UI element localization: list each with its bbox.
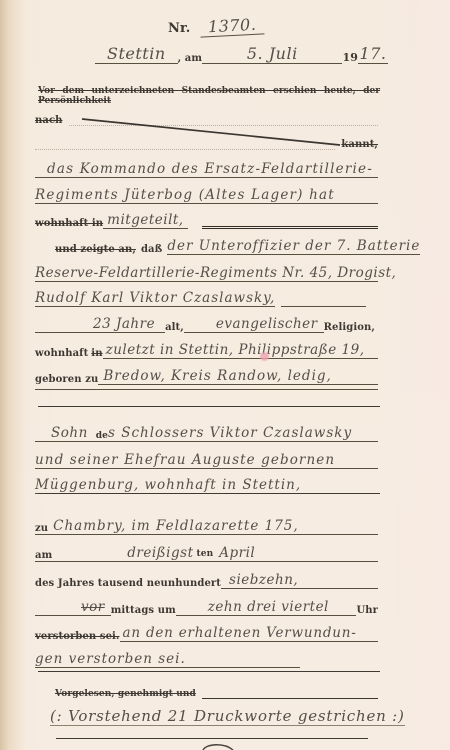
mitgeteilt-line: wohnhaft in mitgeteilt,	[35, 205, 378, 229]
dass-label: daß	[141, 244, 162, 255]
clerk-note-line: (: Vorstehend 21 Druckworte gestrichen :…	[50, 700, 405, 726]
number-label: Nr.	[168, 21, 190, 36]
mitgeteilt-handwritten: mitgeteilt,	[103, 212, 187, 229]
empty-ruled-line	[35, 381, 378, 390]
trailing-line	[190, 665, 300, 668]
alt-label: alt,	[165, 322, 184, 333]
death-time-handwritten: zehn drei viertel	[202, 599, 357, 616]
trailing-line	[281, 304, 366, 307]
de-label: de	[96, 431, 108, 441]
religion-handwritten: evangelischer	[210, 316, 324, 333]
deceased-name-line: Rudolf Karl Viktor Czaslawsky,	[35, 283, 378, 307]
vor-handwritten: vor	[75, 599, 111, 616]
pink-stain	[260, 352, 269, 361]
place-handwritten: Stettin	[95, 44, 178, 64]
parents-line-2: und seiner Ehefrau Auguste gebornen	[35, 443, 378, 469]
zu-label: zu	[35, 523, 48, 534]
notifier-text-2: Regiments Jüterbog (Altes Lager) hat	[35, 187, 335, 203]
struck-verstorben-sei: verstorben sei.	[35, 631, 120, 642]
residence-handwritten: zuletzt in Stettin, Philippstraße 19,	[103, 342, 368, 359]
parents-text-2: und seiner Ehefrau Auguste gebornen	[35, 452, 335, 468]
death-month-handwritten: April	[219, 545, 255, 561]
age-handwritten: 23 Jahre	[83, 316, 165, 333]
year-printed-text: des Jahres tausend neunhundert	[35, 578, 221, 589]
struck-kannt: kannt,	[341, 139, 378, 150]
unit-text-2: Reserve-Feldartillerie-Regiments Nr. 45,…	[35, 265, 396, 281]
blank-line	[35, 613, 75, 616]
death-cause-line-1: verstorben sei. an den erhaltenen Verwun…	[35, 617, 378, 642]
death-time-line: vor mittags um zehn drei viertel Uhr	[35, 591, 378, 616]
signature-fragment	[195, 742, 255, 750]
death-day-handwritten: dreißigst	[127, 545, 193, 561]
mittags-um-label: mittags um	[111, 605, 176, 616]
deceased-line-2: Reserve-Feldartillerie-Regiments Nr. 45,…	[35, 257, 378, 282]
heavy-cancel-line	[202, 224, 378, 229]
struck-in: in	[91, 348, 102, 359]
uhr-label: Uhr	[356, 605, 378, 616]
trailing-line	[368, 356, 379, 359]
diagonal-cancellation-stroke	[78, 112, 346, 152]
notifier-text-1: das Kommando des Ersatz-Feldartillerie-	[47, 161, 373, 177]
struck-und-zeigte-an: und zeigte an,	[55, 244, 136, 255]
signature-rule	[56, 738, 368, 739]
deceased-name: Rudolf Karl Viktor Czaslawsky,	[35, 290, 275, 307]
age-religion-line: 23 Jahre alt, evangelischer Religion,	[35, 309, 378, 333]
notifier-line-2: Regiments Jüterbog (Altes Lager) hat	[35, 179, 378, 204]
death-date-line: am dreißigst ten April	[35, 536, 378, 562]
unit-text-1: der Unteroffizier der 7. Batterie	[167, 238, 420, 255]
parents-line-1: Sohn de s Schlossers Viktor Czaslawsky	[35, 416, 378, 442]
parents-text-3: Müggenburg, wohnhaft in Stettin,	[35, 477, 301, 493]
struck-blank-line	[202, 696, 378, 699]
wohnhaft-label: wohnhaft	[35, 348, 88, 359]
death-year-line: des Jahres tausend neunhundert siebzehn,	[35, 564, 378, 589]
death-place-line: zu Chambry, im Feldlazarette 175,	[35, 509, 378, 535]
blank-line	[35, 330, 83, 333]
section-rule	[38, 671, 380, 672]
struck-vorgelesen: Vorgelesen, genehmigt und	[55, 689, 196, 699]
registry-number-line: Nr. 1370.	[168, 10, 300, 36]
death-place-handwritten: Chambry, im Feldlazarette 175,	[48, 518, 304, 534]
parents-text-1: s Schlossers Viktor Czaslawsky	[108, 425, 352, 441]
section-rule	[38, 493, 380, 494]
parents-line-3: Müggenburg, wohnhaft in Stettin,	[35, 469, 378, 494]
struck-wohnhaft-in: wohnhaft in	[35, 218, 103, 229]
clerk-note-handwritten: (: Vorstehend 21 Druckworte gestrichen :…	[50, 707, 405, 726]
year-handwritten: 17.	[358, 44, 388, 64]
death-cause-handwritten-2: gen verstorben sei.	[35, 651, 190, 668]
sohn-handwritten: Sohn	[51, 425, 88, 441]
struck-nach: nach	[35, 115, 63, 126]
date-handwritten: 5. Juli	[202, 44, 342, 64]
religion-label: Religion,	[324, 322, 375, 333]
blank-line	[184, 330, 210, 333]
am-label: , am	[178, 53, 202, 64]
deceased-line-1: und zeigte an, daß der Unteroffizier der…	[55, 231, 378, 255]
am-label: am	[35, 550, 52, 561]
notifier-line-1: das Kommando des Ersatz-Feldartillerie-	[35, 153, 378, 178]
death-cause-line-2: gen verstorben sei.	[35, 643, 378, 668]
death-year-handwritten: siebzehn,	[221, 572, 378, 589]
residence-line: wohnhaft in zuletzt in Stettin, Philipps…	[35, 335, 378, 359]
vorgelesen-line: Vorgelesen, genehmigt und	[55, 683, 378, 699]
number-value-handwritten: 1370.	[200, 14, 265, 37]
blank-line	[176, 613, 202, 616]
year-printed: 19	[342, 51, 358, 64]
struck-intro-text: Vor dem unterzeichneten Standesbeamten e…	[38, 86, 380, 106]
ten-suffix: ten	[197, 549, 214, 559]
death-cause-handwritten-1: an den erhaltenen Verwundun-	[120, 625, 378, 642]
death-record-scan: Nr. 1370. Stettin , am 5. Juli 19 17. Vo…	[0, 0, 450, 750]
section-rule	[38, 406, 380, 407]
place-date-line: Stettin , am 5. Juli 19 17.	[95, 38, 388, 64]
